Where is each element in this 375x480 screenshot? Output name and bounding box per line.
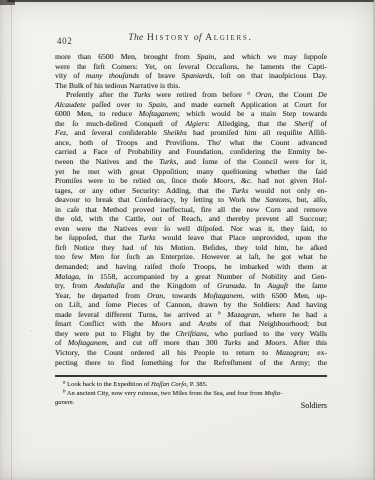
text-line: Victory, the Count ordered all his Peopl… xyxy=(55,348,327,358)
text-line: Alcaudete paſſed over to Spain, and made… xyxy=(55,100,327,110)
text-line: Fez, and ſeveral conſiderable Sheikhs ha… xyxy=(55,128,327,138)
text-line: even were the Natives ever ſo well diſpo… xyxy=(55,224,327,234)
text-line: were the firſt Comers: Yet, on ſeveral O… xyxy=(55,62,327,72)
text-line: The Bulk of his tedious Narrative is thi… xyxy=(55,81,327,91)
text-line: made ſeveral different Turns, he arrived… xyxy=(55,310,327,320)
text-line: ance, both of Troops and Proviſions. Tho… xyxy=(55,138,327,148)
text-line: they were put to Flight by the Chriſtian… xyxy=(55,329,327,339)
text-line: Promiſes were to be relied on, ſince tho… xyxy=(55,176,327,186)
footnote-line: a Look back to the Expedition of Haſſan … xyxy=(55,381,327,390)
page-number: 402 xyxy=(57,36,72,46)
text-line: tages, or any other Security: Adding, th… xyxy=(55,186,327,196)
running-title-word-history: History xyxy=(147,33,191,43)
text-line: 6000 Men, to reduce Moſtaganem; which wo… xyxy=(55,109,327,119)
text-line: in caſe that Method proved ineffectual, … xyxy=(55,205,327,215)
scan-corner-artifact xyxy=(0,0,15,5)
scan-edge-artifact xyxy=(7,0,374,2)
text-line: carried a Face of Probability and Founda… xyxy=(55,147,327,157)
running-title-word-of: of xyxy=(194,33,202,43)
text-line: Year, he departed from Oran, towards Moſ… xyxy=(55,291,327,301)
text-line: deavour to break that Confederacy, by ſe… xyxy=(55,195,327,205)
body-text: more than 6500 Men, brought from Spain, … xyxy=(55,52,327,367)
footnote-rule xyxy=(55,375,327,377)
page-header: 402 The History of Algiers. xyxy=(55,33,327,47)
text-line: tween the Natives and the Turks, and ſom… xyxy=(55,157,327,167)
text-line: ſmart Conflict with the Moors and Arabs … xyxy=(55,319,327,329)
text-line: too few Men for ſuch an Enterprize. Howe… xyxy=(55,252,327,262)
text-line: more than 6500 Men, brought from Spain, … xyxy=(55,52,327,62)
running-title-word-algiers: Algiers. xyxy=(205,33,252,43)
text-line: vity of many thouſands of brave Spaniard… xyxy=(55,71,327,81)
text-line: Preſently after the Turks were retired f… xyxy=(55,90,327,100)
text-line: Malaga, in 1558, accompanied by a great … xyxy=(55,272,327,282)
text-line: be ſuppoſed, that the Turks would leave … xyxy=(55,233,327,243)
running-title: The History of Algiers. xyxy=(55,33,327,43)
running-title-word-the: The xyxy=(128,33,143,43)
text-line: the old, with the Cattle, out of Reach, … xyxy=(55,214,327,224)
text-line: of Moſtaganem, and cut off more than 300… xyxy=(55,338,327,348)
text-line: try, from Andaluſia and the Kingdom of G… xyxy=(55,281,327,291)
footnote-line: b An ancient City, now very ruinous, two… xyxy=(55,390,327,399)
scan-left-line-artifact xyxy=(11,0,12,480)
text-line: firſt Notice they had of his Motion. Beſ… xyxy=(55,243,327,253)
text-line: demanded; and having raiſed thoſe Troops… xyxy=(55,262,327,272)
scanned-book-page: 402 The History of Algiers. more than 65… xyxy=(0,0,375,480)
text-line: yet he met with great Oppoſition; many q… xyxy=(55,167,327,177)
scan-speckle xyxy=(30,330,32,332)
text-line: the ſo much-deſired Conqueſt of Algiers:… xyxy=(55,119,327,129)
text-line: pecting there to find ſomething for the … xyxy=(55,358,327,368)
text-line: on Liſt, and ſome Pieces of Cannon, draw… xyxy=(55,300,327,310)
catchword: Soldiers xyxy=(55,401,327,410)
